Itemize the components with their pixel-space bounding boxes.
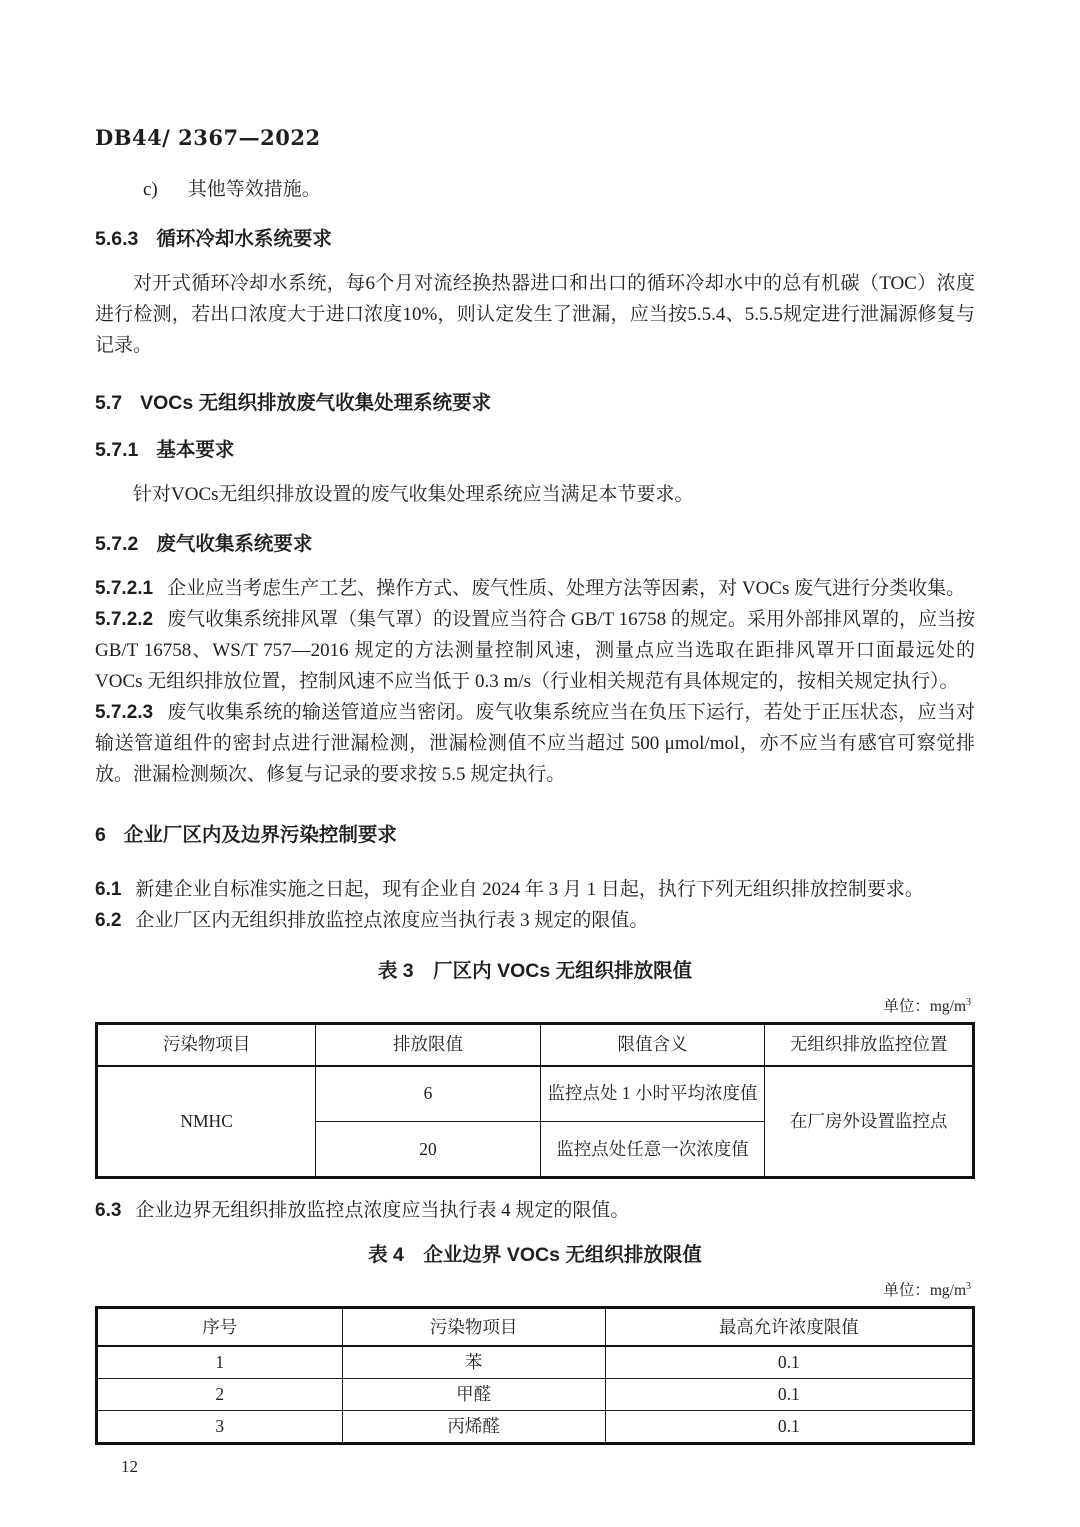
- table4-title: 表 4 企业边界 VOCs 无组织排放限值: [95, 1242, 975, 1268]
- para-6-3: 6.3企业边界无组织排放监控点浓度应当执行表 4 规定的限值。: [95, 1195, 975, 1226]
- table4-header-limit: 最高允许浓度限值: [605, 1308, 973, 1346]
- heading-5-7-title: VOCs 无组织排放废气收集处理系统要求: [140, 392, 491, 414]
- table3-header-row: 污染物项目 排放限值 限值含义 无组织排放监控位置: [97, 1024, 974, 1066]
- table3-cell-location: 在厂房外设置监控点: [765, 1066, 974, 1178]
- para-5-7-2-3: 5.7.2.3废气收集系统的输送管道应当密闭。废气收集系统应当在负压下运行，若处…: [95, 697, 975, 790]
- table3-header-pollutant: 污染物项目: [97, 1024, 316, 1066]
- para-5-7-2-3-text: 废气收集系统的输送管道应当密闭。废气收集系统应当在负压下运行，若处于正压状态，应…: [95, 702, 975, 785]
- heading-5-7-1: 5.7.1基本要求: [95, 437, 975, 463]
- table-row: 2 甲醛 0.1: [97, 1378, 974, 1410]
- table4-cell-no-3: 3: [97, 1410, 343, 1443]
- heading-5-6-3: 5.6.3循环冷却水系统要求: [95, 226, 975, 252]
- list-item-c: c)其他等效措施。: [143, 174, 975, 205]
- table-row: NMHC 6 监控点处 1 小时平均浓度值 在厂房外设置监控点: [97, 1066, 974, 1122]
- heading-6: 6企业厂区内及边界污染控制要求: [95, 822, 975, 848]
- table-row: 3 丙烯醛 0.1: [97, 1410, 974, 1443]
- heading-5-7-1-title: 基本要求: [156, 439, 234, 461]
- heading-5-7-2-num: 5.7.2: [95, 533, 138, 555]
- para-5-7-2-1-text: 企业应当考虑生产工艺、操作方式、废气性质、处理方法等因素，对 VOCs 废气进行…: [167, 578, 965, 599]
- table4-unit-text: 单位：mg/m: [883, 1282, 966, 1299]
- heading-5-6-3-title: 循环冷却水系统要求: [156, 228, 332, 250]
- para-5-6-3: 对开式循环冷却水系统，每6个月对流经换热器进口和出口的循环冷却水中的总有机碳（T…: [95, 268, 975, 361]
- para-6-1-text: 新建企业自标准实施之日起，现有企业自 2024 年 3 月 1 日起，执行下列无…: [135, 879, 924, 900]
- heading-6-title: 企业厂区内及边界污染控制要求: [124, 824, 397, 846]
- heading-6-num: 6: [95, 824, 106, 846]
- heading-5-7-num: 5.7: [95, 392, 122, 414]
- para-5-7-2-1: 5.7.2.1企业应当考虑生产工艺、操作方式、废气性质、处理方法等因素，对 VO…: [95, 573, 975, 604]
- table3-title: 表 3 厂区内 VOCs 无组织排放限值: [95, 958, 975, 984]
- table3-cell-limit-1: 6: [316, 1066, 541, 1122]
- document-page: DB44/ 2367—2022 c)其他等效措施。 5.6.3循环冷却水系统要求…: [0, 0, 1080, 1527]
- table4-cell-pollutant-3: 丙烯醛: [342, 1410, 605, 1443]
- para-6-2-num: 6.2: [95, 910, 121, 931]
- heading-5-7: 5.7VOCs 无组织排放废气收集处理系统要求: [95, 390, 975, 416]
- table-row: 1 苯 0.1: [97, 1346, 974, 1379]
- doc-code: DB44/ 2367—2022: [95, 126, 975, 150]
- para-5-7-2-2-num: 5.7.2.2: [95, 609, 153, 630]
- table4-cell-no-1: 1: [97, 1346, 343, 1379]
- table3-cell-limit-2: 20: [316, 1122, 541, 1178]
- para-6-3-num: 6.3: [95, 1200, 121, 1221]
- list-item-c-marker: c): [143, 179, 158, 200]
- para-6-3-text: 企业边界无组织排放监控点浓度应当执行表 4 规定的限值。: [135, 1200, 629, 1221]
- para-5-7-2-1-num: 5.7.2.1: [95, 578, 153, 599]
- list-item-c-text: 其他等效措施。: [188, 179, 321, 200]
- table4-header-row: 序号 污染物项目 最高允许浓度限值: [97, 1308, 974, 1346]
- table3-unit-sup: 3: [966, 997, 971, 1008]
- para-5-7-2-2: 5.7.2.2废气收集系统排风罩（集气罩）的设置应当符合 GB/T 16758 …: [95, 604, 975, 697]
- para-6-2: 6.2企业厂区内无组织排放监控点浓度应当执行表 3 规定的限值。: [95, 905, 975, 936]
- heading-5-7-1-num: 5.7.1: [95, 439, 138, 461]
- para-5-7-2-2-text: 废气收集系统排风罩（集气罩）的设置应当符合 GB/T 16758 的规定。采用外…: [95, 609, 975, 692]
- table4-unit: 单位：mg/m3: [95, 1277, 975, 1301]
- table3-header-limit: 排放限值: [316, 1024, 541, 1066]
- table4: 序号 污染物项目 最高允许浓度限值 1 苯 0.1 2 甲醛 0.1 3 丙烯醛…: [95, 1306, 975, 1445]
- table3-cell-meaning-2: 监控点处任意一次浓度值: [540, 1122, 765, 1178]
- table4-cell-pollutant-1: 苯: [342, 1346, 605, 1379]
- table4-unit-sup: 3: [966, 1281, 971, 1292]
- table3: 污染物项目 排放限值 限值含义 无组织排放监控位置 NMHC 6 监控点处 1 …: [95, 1022, 975, 1179]
- para-5-7-1: 针对VOCs无组织排放设置的废气收集处理系统应当满足本节要求。: [95, 479, 975, 510]
- heading-5-7-2: 5.7.2废气收集系统要求: [95, 531, 975, 557]
- heading-5-6-3-num: 5.6.3: [95, 228, 138, 250]
- para-6-1: 6.1新建企业自标准实施之日起，现有企业自 2024 年 3 月 1 日起，执行…: [95, 874, 975, 905]
- page-number: 12: [95, 1457, 975, 1477]
- table3-header-meaning: 限值含义: [540, 1024, 765, 1066]
- section-6-body: 6.1新建企业自标准实施之日起，现有企业自 2024 年 3 月 1 日起，执行…: [95, 874, 975, 936]
- para-6-2-text: 企业厂区内无组织排放监控点浓度应当执行表 3 规定的限值。: [135, 910, 648, 931]
- table4-cell-pollutant-2: 甲醛: [342, 1378, 605, 1410]
- table3-unit-text: 单位：mg/m: [883, 998, 966, 1015]
- para-5-7-2-3-num: 5.7.2.3: [95, 702, 153, 723]
- table4-cell-limit-1: 0.1: [605, 1346, 973, 1379]
- table4-cell-no-2: 2: [97, 1378, 343, 1410]
- table3-cell-meaning-1: 监控点处 1 小时平均浓度值: [540, 1066, 765, 1122]
- table3-cell-pollutant: NMHC: [97, 1066, 316, 1178]
- table4-header-pollutant: 污染物项目: [342, 1308, 605, 1346]
- para-6-1-num: 6.1: [95, 879, 121, 900]
- table4-cell-limit-2: 0.1: [605, 1378, 973, 1410]
- table4-cell-limit-3: 0.1: [605, 1410, 973, 1443]
- table4-header-no: 序号: [97, 1308, 343, 1346]
- table3-unit: 单位：mg/m3: [95, 993, 975, 1017]
- table3-header-location: 无组织排放监控位置: [765, 1024, 974, 1066]
- heading-5-7-2-title: 废气收集系统要求: [156, 533, 312, 555]
